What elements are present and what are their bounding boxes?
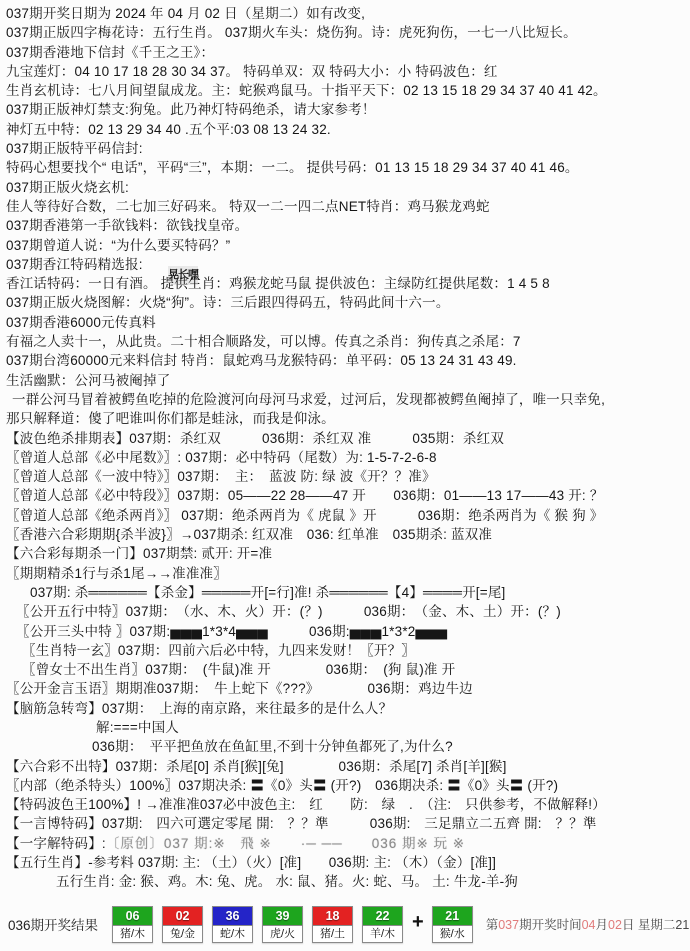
result-ball: 36蛇/木 [212, 906, 253, 943]
text-line: 〖曾道人总部《必中尾数》〗: 037期：必中特码（尾数）为: 1-5-7-2-6… [0, 448, 690, 467]
ball-number: 22 [363, 907, 402, 925]
text-line: 〖期期精杀1行与杀1尾→→准准准〗 [0, 564, 690, 583]
line-text: 〖期期精杀1行与杀1尾→→准准准〗 [6, 566, 227, 581]
text-line: 香江话特码：一日有酒。 提供生肖：鸡猴龙蛇马鼠 提供波色：主绿防红提供尾数：1 … [0, 274, 690, 293]
text-line: 〖曾女士不出生肖〗037期： (牛鼠)准 开 036期： (狗 鼠)准 开 [0, 660, 690, 679]
ball-zodiac-element: 猪/土 [313, 925, 352, 942]
text-line: 那只解释道：傻了吧谁叫你们都是蛙泳，而我是仰泳。 [0, 409, 690, 428]
text-line: 〖曾道人总部《一波中特》〗037期： 主： 蓝波 防: 绿 波《开？？准》 [0, 467, 690, 486]
text-line: 生活幽默：公河马被阉掉了 [0, 371, 690, 390]
text-line: 神灯五中特：02 13 29 34 40 .五个平:03 08 13 24 32… [0, 120, 690, 139]
ball-zodiac-element: 猴/水 [433, 925, 472, 942]
text-line: 【一言博特码】037期: 四六可選定零尾 開: ？？準 036期: 三足鼎立二五… [0, 814, 690, 833]
text-line: 【一字解特码】:〔原创〕037 期:※ 飛 ※ ·─ ── 036 期※ 玩 ※ [0, 834, 690, 853]
next-draw-highlight: 02 [608, 918, 622, 932]
result-ball: 21猴/水 [432, 906, 473, 943]
line-text: 有福之人卖十一，从此贵。二十相合顺路发，可以博。传真之杀肖：狗传真之杀尾：7 [6, 334, 521, 349]
ball-zodiac-element: 羊/木 [363, 925, 402, 942]
line-text: 037期香港6000元传真料 [6, 315, 156, 330]
text-line: 037期开奖日期为 2024 年 04 月 02 日（星期二）如有改变, [0, 4, 690, 23]
text-line: 〖生肖特一玄〗037期：四前六后必中特，九四来发财！〖开？〗 [0, 641, 690, 660]
text-line: 037期正版神灯禁支:狗兔。此乃神灯特码绝杀，请大家参考！ [0, 100, 690, 119]
document-lines: 037期开奖日期为 2024 年 04 月 02 日（星期二）如有改变,037期… [0, 0, 690, 892]
ball-number: 21 [433, 907, 472, 925]
next-draw-highlight: 04 [582, 918, 596, 932]
text-line: 生肖玄机诗：七八月间望鼠成龙。主：蛇猴鸡鼠马。十指平天下：02 13 15 18… [0, 81, 690, 100]
text-line: 037期台湾60000元来料信封 特肖：鼠蛇鸡马龙猴特码：单平码：05 13 2… [0, 351, 690, 370]
next-draw-text: 月 [596, 918, 609, 932]
line-text: 036期： 平平把鱼放在鱼缸里,不到十分钟鱼都死了,为什么? [92, 739, 453, 754]
line-text: 神灯五中特：02 13 29 34 40 .五个平:03 08 13 24 32… [6, 122, 331, 137]
line-text: 037期开奖日期为 2024 年 04 月 02 日（星期二）如有改变, [6, 6, 365, 21]
line-text: 037期台湾60000元来料信封 特肖：鼠蛇鸡马龙猴特码：单平码：05 13 2… [6, 353, 517, 368]
line-text: 一群公河马冒着被鳄鱼吃掉的危险渡河向母河马求爱，过河后，发现都被鳄鱼阉掉了，唯一… [12, 392, 605, 407]
text-line: 【特码波色王100%】! →准准准037必中波色主: 红 防: 绿 . （注: … [0, 795, 690, 814]
text-line: 037期香江特码精选报:晃长嘿 [0, 255, 690, 274]
line-text: 037期正版四字梅花诗：五行生肖。 037期火车头：烧伤狗。诗：虎死狗伤，一七一… [6, 25, 577, 40]
text-line: 037期: 杀══════【杀金】═════开[=行]准! 杀══════【4】… [0, 583, 690, 602]
line-text: 〖公开五行中特〗037期： （水、木、火）开：(？) 036期： （金、木、土）… [16, 604, 561, 619]
text-line: 【六合彩每期杀一门】037期禁: 贰开: 开=准 [0, 544, 690, 563]
line-text: 〖曾道人总部《必中特段》〗037期：05——22 28——47 开 036期：0… [6, 488, 604, 503]
text-line: 解:===中国人 [0, 718, 690, 737]
line-text: 037期正版火烧图解：火烧“狗”。诗：三后跟四得码五，特码此间十六一。 [6, 295, 450, 310]
next-draw-text: 期开奖时间 [519, 918, 582, 932]
text-line: 【脑筋急转弯】037期： 上海的南京路，来往最多的是什么人？ [0, 699, 690, 718]
draw-results-bar: 036期开奖结果 06猪/木02兔/金36蛇/木39虎/火18猪/土22羊/木+… [0, 899, 690, 949]
text-line: 037期香港第一手欲钱料：欲钱找皇帝。 [0, 216, 690, 235]
ball-zodiac-element: 兔/金 [163, 925, 202, 942]
text-line: 佳人等待好合数，二七加三好码来。 特双一二一四二点NET特肖：鸡马猴龙鸡蛇 [0, 197, 690, 216]
line-text: 037期香港地下信封《千王之王》： [6, 45, 214, 60]
results-label: 036期开奖结果 [8, 914, 98, 934]
line-text: 生肖玄机诗：七八月间望鼠成龙。主：蛇猴鸡鼠马。十指平天下：02 13 15 18… [6, 83, 607, 98]
line-text: 佳人等待好合数，二七加三好码来。 特双一二一四二点NET特肖：鸡马猴龙鸡蛇 [6, 199, 490, 214]
line-text: 〖生肖特一玄〗037期：四前六后必中特，九四来发财！〖开？〗 [22, 643, 415, 658]
line-text: 037期曾道人说：“为什么要买特码？” [6, 238, 230, 253]
text-line: 〖曾道人总部《绝杀两肖》〗 037期：绝杀两肖为《 虎鼠 》开 036期：绝杀两… [0, 506, 690, 525]
line-text: 〖曾道人总部《一波中特》〗037期： 主： 蓝波 防: 绿 波《开？？准》 [6, 469, 436, 484]
ball-number: 06 [113, 907, 152, 925]
text-line: 037期正版火烧玄机: [0, 178, 690, 197]
line-text: 九宝莲灯：04 10 17 18 28 30 34 37。 特码单双：双 特码大… [6, 64, 498, 79]
text-line: 037期曾道人说：“为什么要买特码？” [0, 236, 690, 255]
ball-number: 18 [313, 907, 352, 925]
line-text: 【波色绝杀排期表】037期：杀红双 036期：杀红双 准 035期：杀红双 [6, 431, 504, 446]
plus-separator: + [412, 911, 424, 934]
line-text: 生活幽默：公河马被阉掉了 [6, 373, 170, 388]
line-text: 〖曾女士不出生肖〗037期： (牛鼠)准 开 036期： (狗 鼠)准 开 [22, 662, 455, 677]
line-text: 〖内部（绝杀特头）100%〗037期决杀: 〓《0》头〓 (开?) 036期决杀… [6, 778, 558, 793]
text-line: 037期正版特平码信封: [0, 139, 690, 158]
line-text: 〖公开三头中特 〗037期:▅▅▅1*3*4▅▅▅ 036期:▅▅▅1*3*2▅… [16, 624, 447, 639]
ball-number: 02 [163, 907, 202, 925]
line-text: 【脑筋急转弯】037期： 上海的南京路，来往最多的是什么人？ [6, 701, 392, 716]
text-line: 037期香港6000元传真料 [0, 313, 690, 332]
text-line: 036期： 平平把鱼放在鱼缸里,不到十分钟鱼都死了,为什么? [0, 737, 690, 756]
ball-zodiac-element: 猪/木 [113, 925, 152, 942]
text-line: 五行生肖: 金: 猴、鸡。木: 兔、虎。 水: 鼠、猪。火: 蛇、马。 土: 牛… [0, 872, 690, 891]
text-line: 特码心想要找个“ 电话”，平码“三”，本期：一二。 提供号码：01 13 15 … [0, 158, 690, 177]
line-text: 〖曾道人总部《绝杀两肖》〗 037期：绝杀两肖为《 虎鼠 》开 036期：绝杀两… [6, 508, 604, 523]
result-ball: 18猪/土 [312, 906, 353, 943]
lottery-tip-sheet: 037期开奖日期为 2024 年 04 月 02 日（星期二）如有改变,037期… [0, 0, 690, 951]
line-text: 【特码波色王100%】! →准准准037必中波色主: 红 防: 绿 . （注: … [6, 797, 606, 812]
line-text: 特码心想要找个“ 电话”，平码“三”，本期：一二。 提供号码：01 13 15 … [6, 160, 579, 175]
text-line: 【五行生肖】-参考料 037期: 主: （土）（火）[准] 036期: 主: （… [0, 853, 690, 872]
line-text: 037期: 杀══════【杀金】═════开[=行]准! 杀══════【4】… [30, 585, 505, 600]
line-text: 〖香港六合彩期期{杀半波}〗→037期杀: 红双准 036: 红单准 035期杀… [6, 527, 492, 542]
line-text: 037期香江特码精选报: [6, 257, 143, 272]
ball-number: 39 [263, 907, 302, 925]
text-line: 九宝莲灯：04 10 17 18 28 30 34 37。 特码单双：双 特码大… [0, 62, 690, 81]
next-draw-text: 第 [486, 918, 499, 932]
text-line: 037期正版火烧图解：火烧“狗”。诗：三后跟四得码五，特码此间十六一。 [0, 293, 690, 312]
text-line: 【波色绝杀排期表】037期：杀红双 036期：杀红双 准 035期：杀红双 [0, 429, 690, 448]
text-line: 〖曾道人总部《必中特段》〗037期：05——22 28——47 开 036期：0… [0, 486, 690, 505]
ball-zodiac-element: 虎/火 [263, 925, 302, 942]
line-text: 037期正版火烧玄机: [6, 180, 129, 195]
result-ball: 06猪/木 [112, 906, 153, 943]
line-text: 〖曾道人总部《必中尾数》〗: 037期：必中特码（尾数）为: 1-5-7-2-6… [6, 450, 437, 465]
result-ball: 02兔/金 [162, 906, 203, 943]
result-balls: 06猪/木02兔/金36蛇/木39虎/火18猪/土22羊/木+21猴/水 [112, 906, 482, 943]
line-text: 【五行生肖】-参考料 037期: 主: （土）（火）[准] 036期: 主: （… [6, 855, 496, 870]
line-text: 037期正版神灯禁支:狗兔。此乃神灯特码绝杀，请大家参考！ [6, 102, 376, 117]
text-line: 有福之人卖十一，从此贵。二十相合顺路发，可以博。传真之杀肖：狗传真之杀尾：7 [0, 332, 690, 351]
text-line: 一群公河马冒着被鳄鱼吃掉的危险渡河向母河马求爱，过河后，发现都被鳄鱼阉掉了，唯一… [0, 390, 690, 409]
text-line: 〖香港六合彩期期{杀半波}〗→037期杀: 红双准 036: 红单准 035期杀… [0, 525, 690, 544]
next-draw-highlight: 037 [498, 918, 519, 932]
line-text: 037期香港第一手欲钱料：欲钱找皇帝。 [6, 218, 248, 233]
text-line: 〖公开三头中特 〗037期:▅▅▅1*3*4▅▅▅ 036期:▅▅▅1*3*2▅… [0, 622, 690, 641]
line-text: 【一字解特码】: [6, 836, 106, 851]
line-text: 〖公开金言玉语〗期期准037期： 牛上蛇下《???》 036期：鸡边牛边 [6, 681, 473, 696]
text-line: 037期正版四字梅花诗：五行生肖。 037期火车头：烧伤狗。诗：虎死狗伤，一七一… [0, 23, 690, 42]
ball-zodiac-element: 蛇/木 [213, 925, 252, 942]
faded-text: 〔原创〕037 期:※ 飛 ※ ·─ ── 036 期※ 玩 ※ [106, 836, 465, 851]
text-line: 〖内部（绝杀特头）100%〗037期决杀: 〓《0》头〓 (开?) 036期决杀… [0, 776, 690, 795]
line-text: 解:===中国人 [96, 720, 179, 735]
text-line: 【六合彩不出特】037期：杀尾[0] 杀肖[猴][兔] 036期：杀尾[7] 杀… [0, 757, 690, 776]
ball-number: 36 [213, 907, 252, 925]
line-text: 【六合彩每期杀一门】037期禁: 贰开: 开=准 [6, 546, 272, 561]
result-ball: 22羊/木 [362, 906, 403, 943]
text-line: 〖公开五行中特〗037期： （水、木、火）开：(？) 036期： （金、木、土）… [0, 602, 690, 621]
line-text: 香江话特码：一日有酒。 提供生肖：鸡猴龙蛇马鼠 提供波色：主绿防红提供尾数：1 … [6, 276, 550, 291]
text-line: 〖公开金言玉语〗期期准037期： 牛上蛇下《???》 036期：鸡边牛边 [0, 679, 690, 698]
line-text: 那只解释道：傻了吧谁叫你们都是蛙泳，而我是仰泳。 [6, 411, 335, 426]
line-text: 五行生肖: 金: 猴、鸡。木: 兔、虎。 水: 鼠、猪。火: 蛇、马。 土: 牛… [56, 874, 518, 889]
line-text: 【一言博特码】037期: 四六可選定零尾 開: ？？準 036期: 三足鼎立二五… [6, 816, 597, 831]
next-draw-text: 日 星期二21:3 [622, 918, 690, 932]
line-text: 【六合彩不出特】037期：杀尾[0] 杀肖[猴][兔] 036期：杀尾[7] 杀… [6, 759, 507, 774]
text-line: 037期香港地下信封《千王之王》： [0, 43, 690, 62]
line-text: 037期正版特平码信封: [6, 141, 143, 156]
next-draw-info: 第037期开奖时间04月02日 星期二21:3 [486, 915, 690, 933]
result-ball: 39虎/火 [262, 906, 303, 943]
